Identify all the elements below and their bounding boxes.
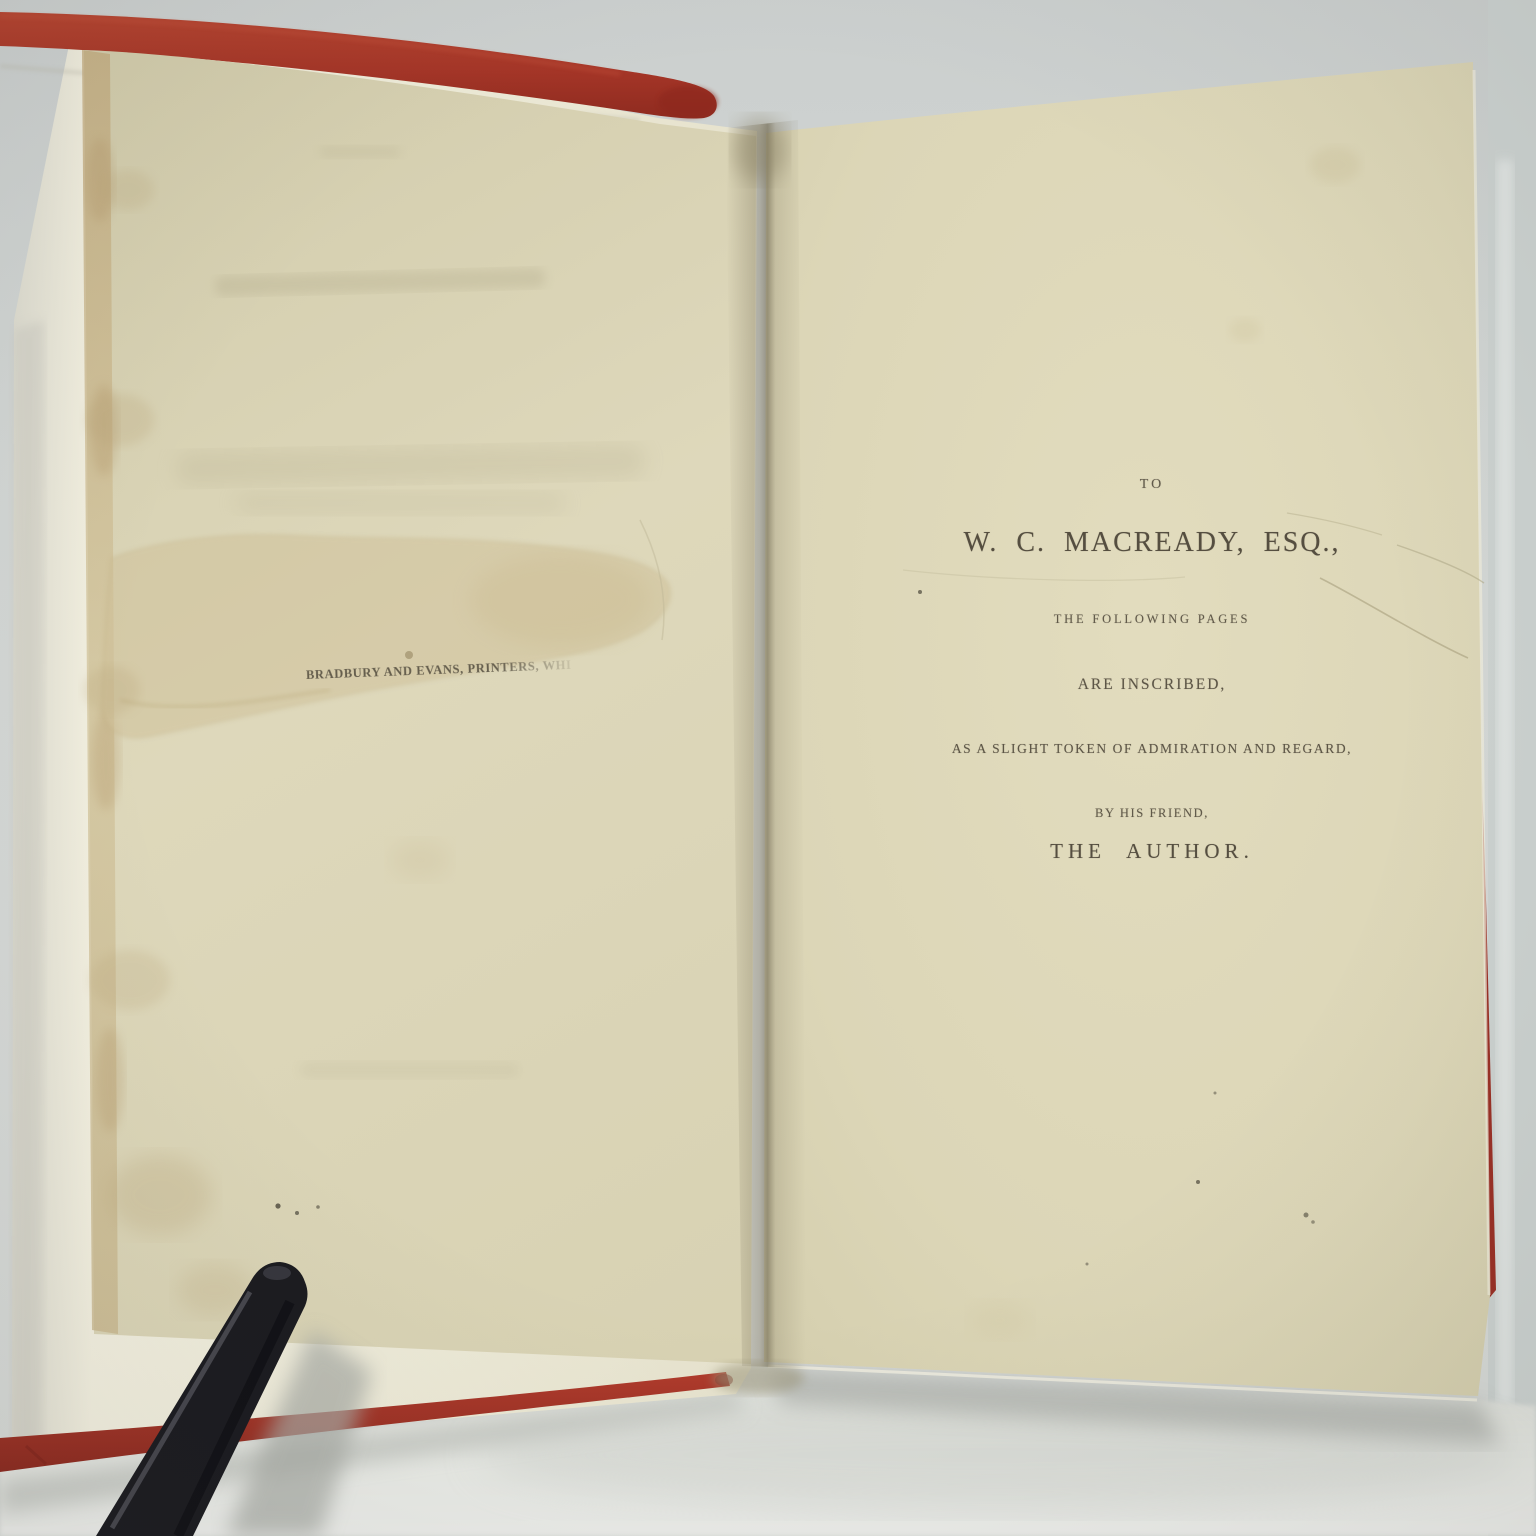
dedication-line: BY HIS FRIEND, [810,806,1494,821]
right-page [764,62,1490,1396]
foxing-spot [390,840,450,880]
gutter-top-shade [734,118,786,182]
foxing-spot [84,666,140,714]
book-illustration [0,0,1536,1536]
stain-dark-lobe [470,554,650,646]
ink-speck [1086,1263,1089,1266]
foxing-spot [86,394,154,446]
ink-speck [295,1211,299,1215]
foxing-spot [970,1302,1030,1338]
ink-speck [918,590,922,594]
endpaper-edge-shade [12,320,44,1456]
foxing-spot [1310,147,1360,183]
dedication-line: THE FOLLOWING PAGES [810,612,1494,627]
foxing-spot [108,1155,212,1235]
ghost-showthrough [235,492,565,514]
ink-speck [316,1205,320,1209]
cover-headcap-shade [658,86,718,118]
dedication-line: ARE INSCRIBED, [810,676,1494,694]
dedication-author: THE AUTHOR. [810,839,1494,864]
ghost-showthrough [300,1062,520,1078]
ink-speck [275,1203,280,1208]
ink-speck [405,651,413,659]
ink-speck [1196,1180,1200,1184]
foxing-spot [90,950,170,1010]
ink-speck [1311,1220,1315,1224]
foxing-spot [1229,318,1261,342]
pen-cap-sheen [263,1266,291,1280]
foxing-spot [102,170,154,210]
fore-edge-blotch [96,1028,124,1132]
gutter-bottom-shade [712,1362,804,1394]
dedication-line: AS A SLIGHT TOKEN OF ADMIRATION AND REGA… [810,741,1494,757]
dedication-name: W. C. MACREADY, ESQ., [810,527,1494,559]
dedication-to: TO [810,477,1494,493]
backdrop-highlight-strip [1497,160,1513,1405]
ink-speck [1304,1213,1309,1218]
book-photograph: BRADBURY AND EVANS, PRINTERS, WHI TO W. … [0,0,1536,1536]
ghost-showthrough [320,146,400,158]
ink-speck [1214,1092,1217,1095]
